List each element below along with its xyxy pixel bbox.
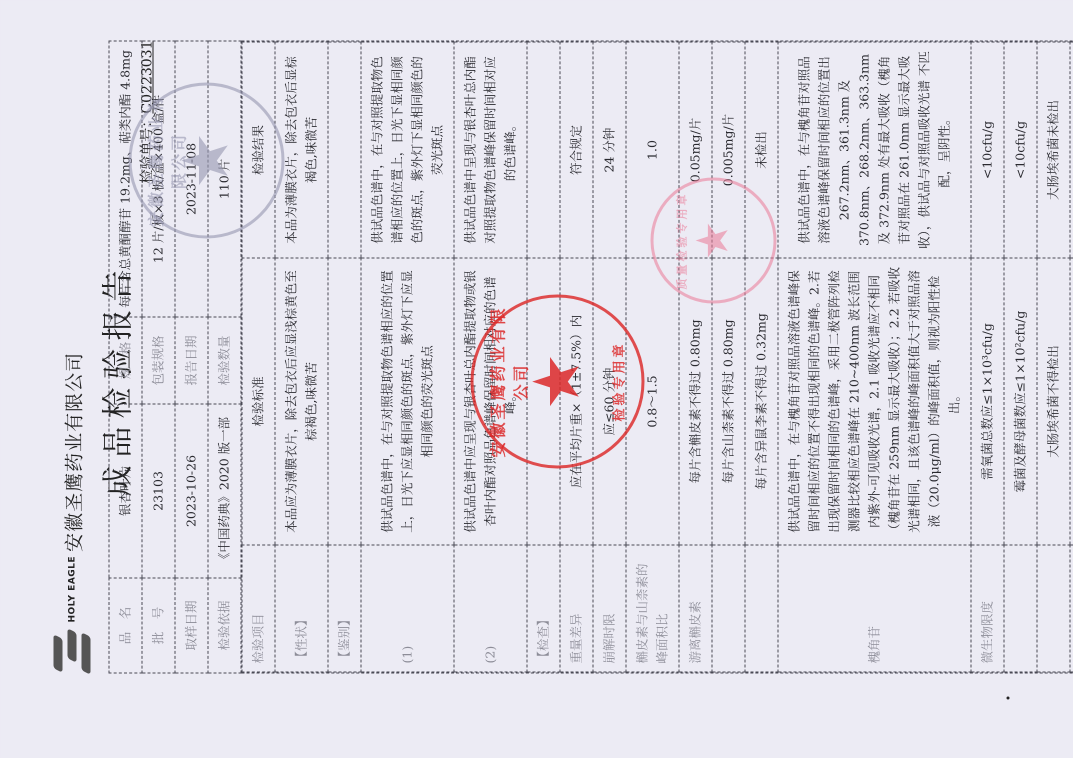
item-name: 【鉴别】 [328, 545, 361, 672]
spec-label: 规 格 [109, 316, 142, 403]
item-row: 槲皮素与山柰素的峰面积比0.8～1.51.0 [626, 42, 679, 672]
item-standard: 每片含异鼠李素不得过 0.32mg [745, 258, 778, 545]
item-standard [527, 258, 560, 545]
item-standard: 应≤60 分钟 [593, 258, 626, 545]
item-result: 符合规定 [560, 42, 593, 258]
item-name: 【含量测定】 [1070, 545, 1073, 672]
item-standard: 霉菌及酵母菌数应≤1×10²cfu/g [1004, 258, 1037, 545]
item-row: 【鉴别】 [328, 42, 361, 672]
item-result [527, 42, 560, 258]
item-result [328, 42, 361, 258]
item-name: 游离槲皮素 [679, 545, 712, 672]
product-name-label: 品 名 [109, 578, 142, 673]
item-name: 重量差异 [560, 545, 593, 672]
item-result: 0.005mg/片 [712, 42, 745, 258]
package-value: 12 片/板×3 板/盒×400 盒/件 [142, 41, 175, 317]
spec-value: 每片含总黄酮醇苷 19.2mg、萜类内酯 4.8mg [109, 41, 142, 317]
item-name: 微生物限度 [971, 545, 1004, 672]
report-date-label: 报告日期 [175, 316, 208, 403]
item-row: 每片含山柰素不得过 0.80mg0.005mg/片 [712, 42, 745, 672]
inspection-table: 品 名 银杏叶片 规 格 每片含总黄酮醇苷 19.2mg、萜类内酯 4.8mg … [108, 40, 1073, 673]
item-name [745, 545, 778, 672]
item-result: 0.05mg/片 [679, 42, 712, 258]
item-result: 大肠埃希菌未检出 [1037, 42, 1070, 258]
item-row: 槐角苷供试品色谱中，在与槐角苷对照品溶液色谱峰保留时间相应的位置不得出现相同的色… [778, 42, 971, 672]
item-name [1004, 545, 1037, 672]
report-page: HOLY EAGLE 安徽圣鹰药业有限公司 成品检验报告 检验单号：C02230… [0, 0, 1073, 758]
item-row: 【含量测定】每片含总黄酮醇苷不得少于 19.2mg22.1mg/片 [1070, 42, 1073, 672]
sampling-date-label: 取样日期 [175, 578, 208, 673]
item-standard: 供试品色谱中，在与对照提取物色谱相应的位置上，日光下应显相同颜色的斑点，紫外灯下… [361, 258, 454, 545]
company-name: 安徽圣鹰药业有限公司 [59, 351, 86, 551]
basis-label: 检验依据 [208, 578, 241, 673]
item-result: 供试品色谱中，在与对照提取物色谱相应的位置上，日光下显相同颜色的斑点，紫外灯下显… [361, 42, 454, 258]
column-header-standard: 检验标准 [242, 258, 275, 545]
batch-value: 23103 [142, 403, 175, 577]
batch-label: 批 号 [142, 578, 175, 673]
item-standard: 应在平均片重×（1±7.5%）内 [560, 258, 593, 545]
column-header-item: 检验项目 [242, 545, 275, 672]
item-name [1037, 545, 1070, 672]
item-result: 1.0 [626, 42, 679, 258]
item-standard: 需氧菌总数应≤1×10³cfu/g [971, 258, 1004, 545]
item-result: 22.1mg/片 [1070, 42, 1073, 258]
item-result: 供试品色谱中呈现与银杏叶总内酯对照提取物色谱峰保留时间相对应的色谱峰。 [454, 42, 527, 258]
sampling-date: 2023-10-26 [175, 403, 208, 577]
quantity-value: 110 片 [208, 41, 241, 317]
item-result: 未检出 [745, 42, 778, 258]
item-row: 微生物限度需氧菌总数应≤1×10³cfu/g<10cfu/g [971, 42, 1004, 672]
package-label: 包装规格 [142, 316, 175, 403]
item-row: (2)供试品色谱中应呈现与银杏叶总内酯提取物或银杏叶内酯对照品色谱峰保留时间相对… [454, 42, 527, 672]
item-name: 槲皮素与山柰素的峰面积比 [626, 545, 679, 672]
item-row: 【检查】 [527, 42, 560, 672]
item-row: 每片含异鼠李素不得过 0.32mg未检出 [745, 42, 778, 672]
item-result: 24 分钟 [593, 42, 626, 258]
item-name: 【检查】 [527, 545, 560, 672]
item-standard: 每片含山柰素不得过 0.80mg [712, 258, 745, 545]
basis-value: 《中国药典》2020 版一部 [208, 403, 241, 577]
item-standard [328, 258, 361, 545]
item-row: 霉菌及酵母菌数应≤1×10²cfu/g<10cfu/g [1004, 42, 1037, 672]
items-body: 【性状】本品应为薄膜衣片，除去包衣后应显浅棕黄色至棕褐色,味微苦本品为薄膜衣片，… [275, 42, 1073, 672]
quantity-label: 检验数量 [208, 316, 241, 403]
item-standard: 供试品色谱中，在与槐角苷对照品溶液色谱峰保留时间相应的位置不得出现相同的色谱峰。… [778, 258, 971, 545]
item-name [712, 545, 745, 672]
item-standard: 供试品色谱中应呈现与银杏叶总内酯提取物或银杏叶内酯对照品色谱峰保留时间相对应的色… [454, 258, 527, 545]
item-name: (1) [361, 545, 454, 672]
item-standard: 大肠埃希菌不得检出 [1037, 258, 1070, 545]
logo-text: HOLY EAGLE [67, 555, 77, 622]
scan-speck [1006, 696, 1009, 699]
report-date: 2023-11-08 [175, 41, 208, 317]
item-result: <10cfu/g [1004, 42, 1037, 258]
item-result: 本品为薄膜衣片，除去包衣后显棕褐色,味微苦 [275, 42, 328, 258]
item-standard: 本品应为薄膜衣片，除去包衣后应显浅棕黄色至棕褐色,味微苦 [275, 258, 328, 545]
item-row: (1)供试品色谱中，在与对照提取物色谱相应的位置上，日光下应显相同颜色的斑点，紫… [361, 42, 454, 672]
item-row: 【性状】本品应为薄膜衣片，除去包衣后应显浅棕黄色至棕褐色,味微苦本品为薄膜衣片，… [275, 42, 328, 672]
product-name: 银杏叶片 [109, 403, 142, 577]
item-row: 游离槲皮素每片含槲皮素不得过 0.80mg0.05mg/片 [679, 42, 712, 672]
item-standard: 0.8～1.5 [626, 258, 679, 545]
item-name: 槐角苷 [778, 545, 971, 672]
items-table: 检验项目 检验标准 检验结果 【性状】本品应为薄膜衣片，除去包衣后应显浅棕黄色至… [241, 41, 1073, 672]
item-result: <10cfu/g [971, 42, 1004, 258]
item-row: 重量差异应在平均片重×（1±7.5%）内符合规定 [560, 42, 593, 672]
item-row: 崩解时限应≤60 分钟24 分钟 [593, 42, 626, 672]
item-standard: 每片含总黄酮醇苷不得少于 19.2mg [1070, 258, 1073, 545]
item-name: 【性状】 [275, 545, 328, 672]
item-name: 崩解时限 [593, 545, 626, 672]
column-header-result: 检验结果 [242, 42, 275, 258]
item-row: 大肠埃希菌不得检出大肠埃希菌未检出 [1037, 42, 1070, 672]
item-name: (2) [454, 545, 527, 672]
item-result: 供试品色谱中，在与槐角苷对照品溶液色谱峰保留时间相应的位置出 267.2nm、3… [778, 42, 971, 258]
eagle-logo-icon [47, 626, 97, 676]
item-standard: 每片含槲皮素不得过 0.80mg [679, 258, 712, 545]
